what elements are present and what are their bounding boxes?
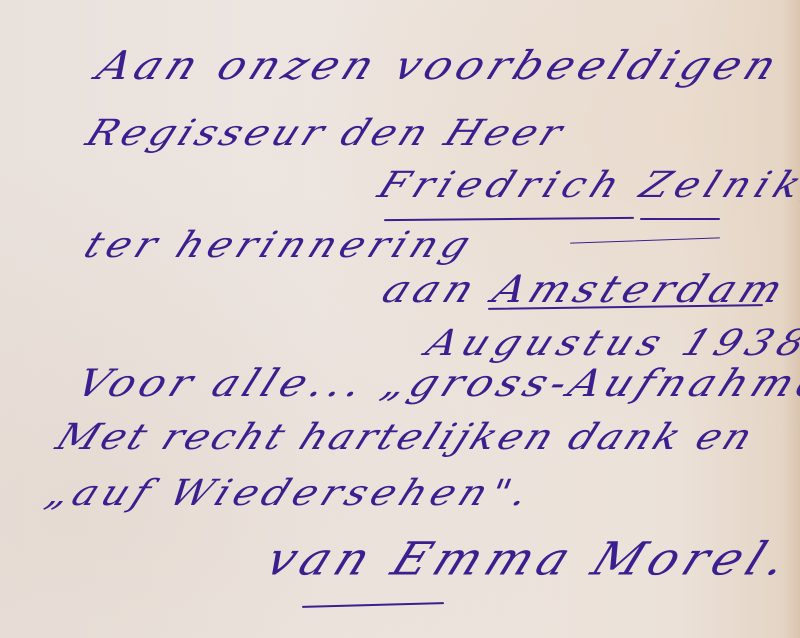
signature-underline bbox=[302, 602, 444, 608]
dedication-recipient-name: Friedrich Zelnik, bbox=[372, 165, 800, 206]
handwritten-letter-page: Aan onzen voorbeeldigen Regisseur den He… bbox=[0, 0, 800, 638]
recipient-underline-2 bbox=[640, 218, 720, 220]
decorative-stroke bbox=[570, 237, 720, 243]
dedication-date: Augustus 1938. bbox=[420, 323, 800, 364]
dedication-line-8: Met recht hartelijken dank en bbox=[50, 417, 761, 458]
dedication-line-9: „auf Wiedersehen". bbox=[40, 473, 540, 514]
dedication-line-4: ter herinnering bbox=[78, 225, 481, 266]
signature: van Emma Morel. bbox=[258, 533, 800, 586]
dedication-line-7: Voor alle... „gross-Aufnahmen"!! bbox=[70, 361, 800, 405]
dedication-line-2: Regisseur den Heer bbox=[80, 113, 572, 154]
recipient-underline bbox=[384, 217, 634, 221]
dedication-line-1: Aan onzen voorbeeldigen bbox=[90, 43, 788, 89]
